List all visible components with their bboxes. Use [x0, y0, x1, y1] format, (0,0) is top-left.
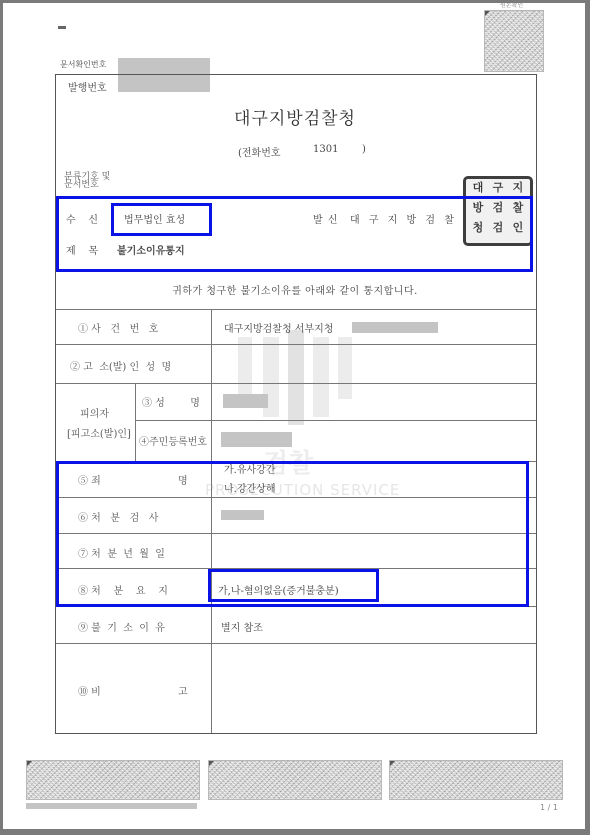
label-remarks-end: 고 — [178, 683, 188, 698]
label-remarks: ⑩ 비 — [78, 683, 101, 698]
value-case-number: 대구지방검찰청 서부지청 — [224, 320, 333, 335]
label-suspect: 피의자 — [80, 405, 109, 420]
classification-label-line2: 문서번호 — [64, 181, 110, 189]
phone-prefix: (전화번호 — [238, 144, 281, 159]
value-reason: 별지 참조 — [221, 619, 263, 634]
watermark-logo-bar — [313, 337, 329, 417]
footer-barcode-2 — [208, 760, 382, 800]
qr-caption: 원본확인 — [500, 0, 523, 9]
highlight-recipient-name — [111, 203, 212, 236]
classification-label: 분류기호 및 문서번호 — [64, 173, 110, 189]
intro-text: 귀하가 청구한 불기소이유를 아래와 같이 통지합니다. — [0, 282, 590, 297]
footer-barcode-3 — [389, 760, 563, 800]
table-top-line — [56, 309, 536, 310]
verification-qr-code — [484, 10, 544, 72]
page-indicator: 1 / 1 — [540, 803, 558, 812]
phone-number: 1301 — [313, 144, 338, 155]
watermark-logo-bar — [238, 337, 252, 399]
label-resident-number: ④주민등록번호 — [139, 433, 207, 448]
scan-mark — [58, 26, 66, 29]
issue-number-label: 발행번호 — [68, 79, 107, 94]
doc-verify-label: 문서확인번호 — [60, 59, 106, 70]
footer-barcode-1 — [26, 760, 200, 800]
row-divider — [56, 383, 536, 384]
label-suspect-sub: [피고소(발)인] — [67, 425, 131, 440]
highlight-disposition-summary — [208, 569, 379, 602]
row-divider — [56, 344, 536, 345]
row-divider — [135, 420, 536, 421]
suspect-name-redacted — [223, 394, 268, 408]
row-divider — [56, 643, 536, 644]
label-complainant: ② 고 소(발) 인 성 명 — [70, 358, 171, 373]
label-suspect-name: ③ 성 명 — [142, 394, 200, 409]
column-divider — [135, 383, 136, 461]
watermark-logo-bar — [338, 337, 352, 399]
label-reason: ⑨ 불 기 소 이 유 — [78, 619, 165, 634]
agency-title: 대구지방검찰청 — [0, 104, 590, 129]
phone-suffix: ) — [362, 144, 366, 155]
case-number-redacted — [352, 322, 438, 333]
label-case-number: ① 사 건 번 호 — [78, 320, 158, 335]
footer-code-redacted — [26, 803, 197, 809]
resident-number-redacted — [221, 432, 292, 447]
